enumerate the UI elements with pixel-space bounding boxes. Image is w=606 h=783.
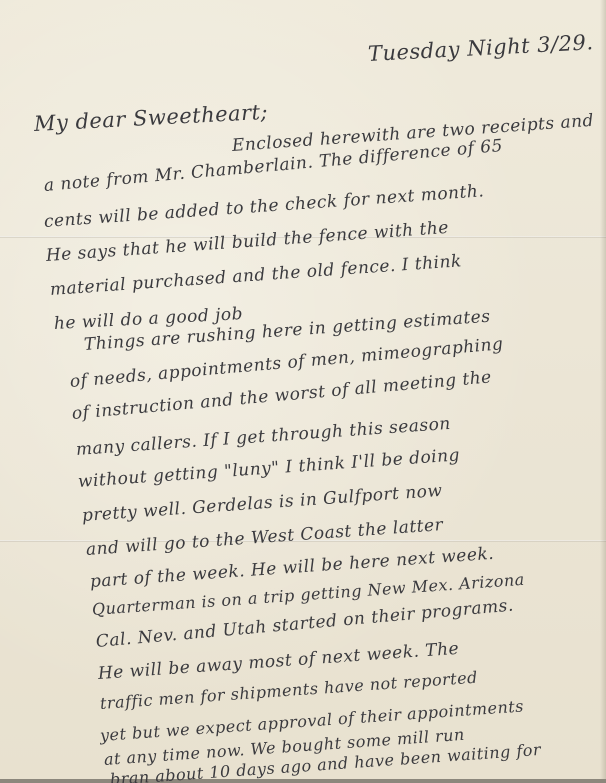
salutation: My dear Sweetheart;	[33, 100, 268, 136]
letter-page: Tuesday Night 3/29. My dear Sweetheart; …	[0, 0, 606, 783]
paper-edge	[0, 779, 606, 783]
date-line: Tuesday Night 3/29.	[367, 30, 594, 66]
paper-edge	[600, 0, 606, 783]
